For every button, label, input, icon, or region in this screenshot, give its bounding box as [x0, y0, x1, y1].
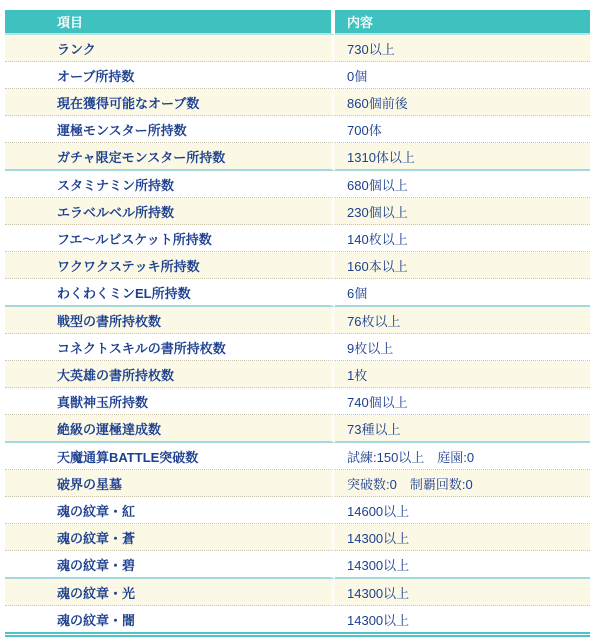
table-row: 魂の紋章・闇14300以上 — [5, 606, 590, 632]
table-row: フエ〜ルビスケット所持数140枚以上 — [5, 225, 590, 252]
row-label: 絶級の運極達成数 — [5, 415, 335, 443]
row-label: 真獣神玉所持数 — [5, 388, 335, 415]
row-value: 6個 — [335, 279, 590, 307]
row-value: 0個 — [335, 62, 590, 89]
table-row: コネクトスキルの書所持枚数9枚以上 — [5, 334, 590, 361]
row-value: 680個以上 — [335, 171, 590, 198]
table-row: 絶級の運極達成数73種以上 — [5, 415, 590, 443]
row-value: 9枚以上 — [335, 334, 590, 361]
table-body: ランク730以上オーブ所持数0個現在獲得可能なオーブ数860個前後運極モンスター… — [5, 35, 590, 632]
table-row: 現在獲得可能なオーブ数860個前後 — [5, 89, 590, 116]
row-value: 860個前後 — [335, 89, 590, 116]
header-cell-content: 内容 — [335, 10, 590, 35]
row-value: 730以上 — [335, 35, 590, 62]
table-row: スタミナミン所持数680個以上 — [5, 171, 590, 198]
row-label: 天魔通算BATTLE突破数 — [5, 443, 335, 470]
row-value: 700体 — [335, 116, 590, 143]
row-value: 230個以上 — [335, 198, 590, 225]
table-header: 項目 内容 — [5, 10, 590, 35]
row-label: 運極モンスター所持数 — [5, 116, 335, 143]
row-value: 1310体以上 — [335, 143, 590, 171]
row-label: エラベルベル所持数 — [5, 198, 335, 225]
row-label: 魂の紋章・碧 — [5, 551, 335, 579]
table-row: 戦型の書所持枚数76枚以上 — [5, 307, 590, 334]
table-row: 魂の紋章・光14300以上 — [5, 579, 590, 606]
table-row: ガチャ限定モンスター所持数1310体以上 — [5, 143, 590, 171]
row-value: 14300以上 — [335, 579, 590, 606]
table-row: ランク730以上 — [5, 35, 590, 62]
table-row: エラベルベル所持数230個以上 — [5, 198, 590, 225]
row-value: 14300以上 — [335, 551, 590, 579]
row-label: オーブ所持数 — [5, 62, 335, 89]
row-value: 73種以上 — [335, 415, 590, 443]
row-label: わくわくミンEL所持数 — [5, 279, 335, 307]
table-row: 魂の紋章・碧14300以上 — [5, 551, 590, 579]
row-label: ガチャ限定モンスター所持数 — [5, 143, 335, 171]
row-label: 現在獲得可能なオーブ数 — [5, 89, 335, 116]
row-value: 740個以上 — [335, 388, 590, 415]
table-row: わくわくミンEL所持数6個 — [5, 279, 590, 307]
row-label: 魂の紋章・蒼 — [5, 524, 335, 551]
row-value: 試練:150以上 庭園:0 — [335, 443, 590, 470]
row-label: スタミナミン所持数 — [5, 171, 335, 198]
row-label: 魂の紋章・光 — [5, 579, 335, 606]
row-value: 76枚以上 — [335, 307, 590, 334]
row-value: 突破数:0 制覇回数:0 — [335, 470, 590, 497]
row-value: 14300以上 — [335, 606, 590, 632]
header-row: 項目 内容 — [5, 10, 590, 35]
row-label: 大英雄の書所持枚数 — [5, 361, 335, 388]
row-label: ランク — [5, 35, 335, 62]
account-stats-table: 項目 内容 ランク730以上オーブ所持数0個現在獲得可能なオーブ数860個前後運… — [5, 10, 590, 637]
table-row: 魂の紋章・紅14600以上 — [5, 497, 590, 524]
table-row: 魂の紋章・蒼14300以上 — [5, 524, 590, 551]
row-value: 160本以上 — [335, 252, 590, 279]
table-row: オーブ所持数0個 — [5, 62, 590, 89]
row-label: 破界の星墓 — [5, 470, 335, 497]
row-label: ワクワクステッキ所持数 — [5, 252, 335, 279]
row-label: フエ〜ルビスケット所持数 — [5, 225, 335, 252]
row-value: 14300以上 — [335, 524, 590, 551]
table-row: 大英雄の書所持枚数1枚 — [5, 361, 590, 388]
row-value: 1枚 — [335, 361, 590, 388]
row-value: 14600以上 — [335, 497, 590, 524]
header-cell-item: 項目 — [5, 10, 335, 35]
table-row: 破界の星墓突破数:0 制覇回数:0 — [5, 470, 590, 497]
row-label: 魂の紋章・闇 — [5, 606, 335, 632]
row-label: コネクトスキルの書所持枚数 — [5, 334, 335, 361]
row-value: 140枚以上 — [335, 225, 590, 252]
table-row: 天魔通算BATTLE突破数試練:150以上 庭園:0 — [5, 443, 590, 470]
table-row: 運極モンスター所持数700体 — [5, 116, 590, 143]
table-row: 真獣神玉所持数740個以上 — [5, 388, 590, 415]
row-label: 戦型の書所持枚数 — [5, 307, 335, 334]
table-row: ワクワクステッキ所持数160本以上 — [5, 252, 590, 279]
row-label: 魂の紋章・紅 — [5, 497, 335, 524]
